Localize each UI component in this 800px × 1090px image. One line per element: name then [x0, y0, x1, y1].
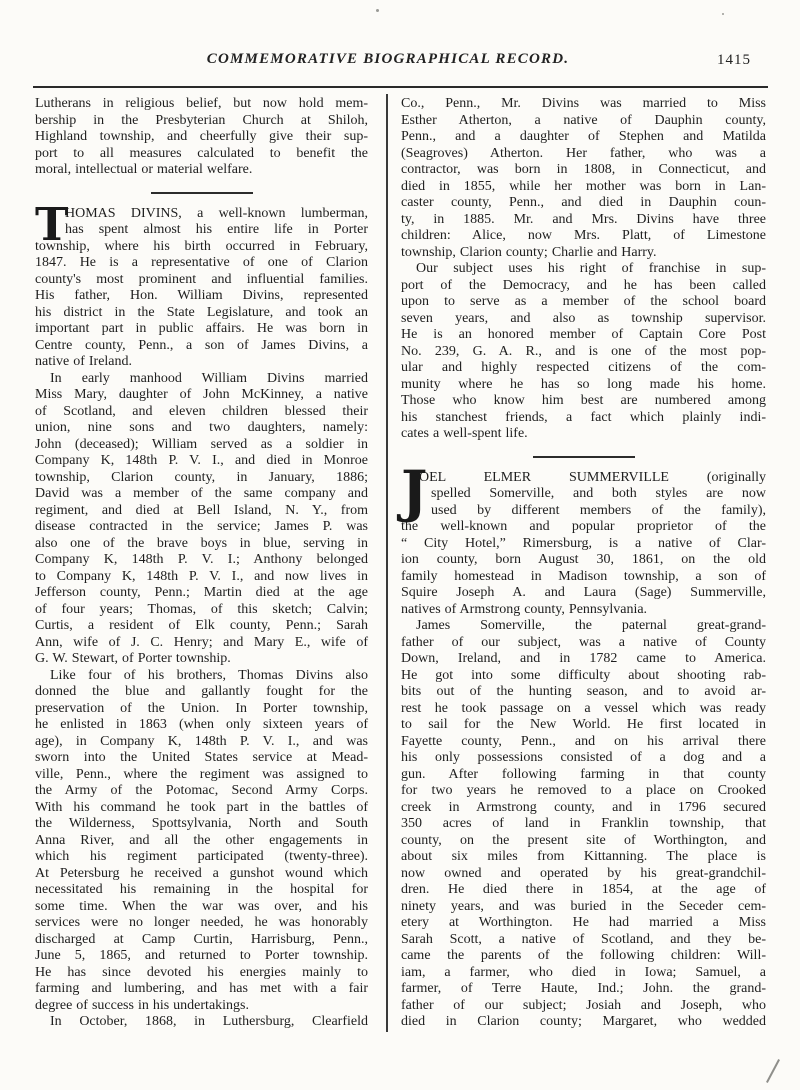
- text-line: ville, Penn., where the regiment was ass…: [35, 767, 368, 784]
- text-line: county's most prominent and influential …: [35, 272, 368, 289]
- text-line: father of our subject, was a native of C…: [401, 635, 766, 652]
- paragraph: Co., Penn., Mr. Divins was married to Mi…: [401, 96, 766, 261]
- text-line: seven years, and also as township superv…: [401, 311, 766, 328]
- text-line: Centre county, Penn., a son of James Div…: [35, 338, 368, 355]
- text-line: the Army of the Potomac, Second Army Cor…: [35, 783, 368, 800]
- paragraph: In October, 1868, in Luthersburg, Clearf…: [35, 1014, 368, 1031]
- text-line: has spent almost his entire life in Port…: [35, 222, 368, 239]
- text-line: HOMAS DIVINS, a well-known lumberman,: [35, 206, 368, 223]
- section-divider: [151, 192, 253, 194]
- text-line: which his regiment participated (twenty-…: [35, 849, 368, 866]
- text-line: preservation of the Union. In Porter tow…: [35, 701, 368, 718]
- text-line: (Seagroves) Atherton. Her father, who wa…: [401, 146, 766, 163]
- text-line: caster county, Penn., and died in Dauphi…: [401, 195, 766, 212]
- text-line: Jefferson county, Penn.; Martin died at …: [35, 585, 368, 602]
- text-line: bits out of the hunting season, and to a…: [401, 684, 766, 701]
- section-divider: [533, 456, 635, 458]
- paragraph: JOEL ELMER SUMMERVILLE (originallyspelle…: [401, 470, 766, 619]
- text-line: township, Clarion county; Charlie and Ha…: [401, 245, 766, 262]
- text-line: Our subject uses his right of franchise …: [401, 261, 766, 278]
- text-line: creek in Armstrong county, and in 1796 s…: [401, 800, 766, 817]
- text-line: Squire Joseph A. and Laura (Sage) Summer…: [401, 585, 766, 602]
- text-line: Fayette county, Penn., and on his arriva…: [401, 734, 766, 751]
- text-line: rest he took passage on a vessel which w…: [401, 701, 766, 718]
- scan-artifact: [376, 9, 379, 12]
- text-line: Esther Atherton, a native of Dauphin cou…: [401, 113, 766, 130]
- text-line: With his command he took part in the bat…: [35, 800, 368, 817]
- text-line: died in Clarion county; Margaret, who we…: [401, 1014, 766, 1031]
- text-line: for two years he removed to a place on C…: [401, 783, 766, 800]
- text-line: to Company K, 148th P. V. I., and now li…: [35, 569, 368, 586]
- text-line: ty, in 1885. Mr. and Mrs. Divins have th…: [401, 212, 766, 229]
- text-line: Miss Mary, daughter of John McKinney, a …: [35, 387, 368, 404]
- paragraph: Lutherans in religious belief, but now h…: [35, 96, 368, 179]
- text-line: he enlisted in 1863 (when only sixteen y…: [35, 717, 368, 734]
- page-number: 1415: [717, 52, 751, 69]
- scan-artifact: [722, 13, 724, 15]
- paragraph: In early manhood William Divins marriedM…: [35, 371, 368, 668]
- text-line: port to all measures calculated to benef…: [35, 146, 368, 163]
- text-line: father of our subject; Josiah and Joseph…: [401, 998, 766, 1015]
- dropcap-letter: J: [401, 471, 428, 513]
- text-line: came the parents of the following childr…: [401, 948, 766, 965]
- text-line: his only possessions consisted of a dog …: [401, 750, 766, 767]
- scan-artifact: [766, 1059, 780, 1083]
- text-line: county, on the present site of Worthingt…: [401, 833, 766, 850]
- text-line: G. W. Stewart, of Porter township.: [35, 651, 368, 668]
- text-line: contractor, was born in 1808, in Connect…: [401, 162, 766, 179]
- text-line: some time. When the war was over, and hi…: [35, 899, 368, 916]
- text-line: In early manhood William Divins married: [35, 371, 368, 388]
- paragraph: Our subject uses his right of franchise …: [401, 261, 766, 443]
- text-line: ion county, born August 30, 1861, on the…: [401, 552, 766, 569]
- text-line: iam, a farmer, who died in Iowa; Samuel,…: [401, 965, 766, 982]
- text-line: Down, Ireland, and in 1782 came to Ameri…: [401, 651, 766, 668]
- text-line: James Somerville, the paternal great-gra…: [401, 618, 766, 635]
- text-line: natives of Armstrong county, Pennsylvani…: [401, 602, 766, 619]
- text-line: to sail for the New World. He first loca…: [401, 717, 766, 734]
- text-line: degree of success in his undertakings.: [35, 998, 368, 1015]
- text-line: OEL ELMER SUMMERVILLE (originally: [401, 470, 766, 487]
- text-line: about six miles from Kittanning. The pla…: [401, 849, 766, 866]
- text-line: David was a member of the same company a…: [35, 486, 368, 503]
- left-column: Lutherans in religious belief, but now h…: [35, 96, 368, 1031]
- text-line: cates a well-spent life.: [401, 426, 766, 443]
- text-line: discharged at Camp Curtin, Harrisburg, P…: [35, 932, 368, 949]
- text-line: sworn into the United States service at …: [35, 750, 368, 767]
- text-line: Ann, wife of J. C. Henry; and Mary E., w…: [35, 635, 368, 652]
- text-line: 1847. He is a representative of one of C…: [35, 255, 368, 272]
- text-line: Lutherans in religious belief, but now h…: [35, 96, 368, 113]
- text-line: necessitated his remaining in the hospit…: [35, 882, 368, 899]
- header-rule: [33, 86, 768, 88]
- text-line: Sarah Scott, a native of Scotland, and t…: [401, 932, 766, 949]
- text-line: now owned and operated by his great-gran…: [401, 866, 766, 883]
- text-line: He got into some difficulty about shooti…: [401, 668, 766, 685]
- text-line: donned the blue and gallantly fought for…: [35, 684, 368, 701]
- text-line: of Scotland, and eleven children blessed…: [35, 404, 368, 421]
- text-line: union, nine sons and two daughters, name…: [35, 420, 368, 437]
- text-line: ninety years, and was buried in the Sece…: [401, 899, 766, 916]
- text-line: farmer, of Terre Haute, Ind.; John. the …: [401, 981, 766, 998]
- text-line: disease contracted in the service; James…: [35, 519, 368, 536]
- text-line: Company K, 148th P. V. I.; Anthony belon…: [35, 552, 368, 569]
- text-line: June 5, 1865, and returned to Porter tow…: [35, 948, 368, 965]
- running-header-title: COMMEMORATIVE BIOGRAPHICAL RECORD.: [30, 51, 746, 68]
- text-line: family homestead in Madison township, a …: [401, 569, 766, 586]
- text-line: regiment, and died at Bell Island, N. Y.…: [35, 503, 368, 520]
- text-line: At Petersburg he received a gunshot woun…: [35, 866, 368, 883]
- text-line: ular and highly respected citizens of th…: [401, 360, 766, 377]
- text-line: etery at Worthington. He had married a M…: [401, 915, 766, 932]
- text-line: services were no longer needed, he was h…: [35, 915, 368, 932]
- column-divider-rule: [386, 94, 388, 1032]
- paragraph: THOMAS DIVINS, a well-known lumberman,ha…: [35, 206, 368, 371]
- text-line: Curtis, a resident of Elk county, Penn.;…: [35, 618, 368, 635]
- text-line: also one of the brave boys in blue, serv…: [35, 536, 368, 553]
- text-line: of four years; Thomas, of this sketch; C…: [35, 602, 368, 619]
- text-line: age), in Company K, 148th P. V. I., and …: [35, 734, 368, 751]
- text-line: children: Alice, now Mrs. Platt, of Lime…: [401, 228, 766, 245]
- text-line: dren. He died there in 1854, at the age …: [401, 882, 766, 899]
- text-line: His father, Hon. William Divins, represe…: [35, 288, 368, 305]
- text-line: Those who know him best are numbered amo…: [401, 393, 766, 410]
- text-line: native of Ireland.: [35, 354, 368, 371]
- paragraph: Like four of his brothers, Thomas Divins…: [35, 668, 368, 1015]
- text-line: No. 239, G. A. R., and is one of the mos…: [401, 344, 766, 361]
- text-line: He is an honored member of Captain Core …: [401, 327, 766, 344]
- text-line: died in 1855, while her mother was born …: [401, 179, 766, 196]
- text-line: Company K, 148th P. V. I., and died in M…: [35, 453, 368, 470]
- paragraph: James Somerville, the paternal great-gra…: [401, 618, 766, 1031]
- text-line: township, where his birth occurred in Fe…: [35, 239, 368, 256]
- text-line: bership in the Presbyterian Church at Sh…: [35, 113, 368, 130]
- text-line: He has since devoted his energies mainly…: [35, 965, 368, 982]
- text-line: the Wilderness, Spottsylvania, North and…: [35, 816, 368, 833]
- text-line: Penn., and a daughter of Stephen and Mat…: [401, 129, 766, 146]
- text-line: port of the Democracy, and he has been c…: [401, 278, 766, 295]
- text-line: his stanchest friends, a fact which plai…: [401, 410, 766, 427]
- text-line: Highland township, and cheerfully give t…: [35, 129, 368, 146]
- text-line: important part in public affairs. He was…: [35, 321, 368, 338]
- text-line: his district in the State Legislature, a…: [35, 305, 368, 322]
- text-line: moral, intellectual or material welfare.: [35, 162, 368, 179]
- text-line: munity where he has so long made his hom…: [401, 377, 766, 394]
- book-page: COMMEMORATIVE BIOGRAPHICAL RECORD. 1415 …: [0, 0, 800, 1090]
- text-line: spelled Somerville, and both styles are …: [401, 486, 766, 503]
- text-line: Anna River, and all the other engagement…: [35, 833, 368, 850]
- text-line: Like four of his brothers, Thomas Divins…: [35, 668, 368, 685]
- text-line: gun. After following farming in that cou…: [401, 767, 766, 784]
- text-line: farming and lumbering, and has met with …: [35, 981, 368, 998]
- text-line: John (deceased); William served as a sol…: [35, 437, 368, 454]
- text-line: 350 acres of land in Franklin township, …: [401, 816, 766, 833]
- text-line: the well-known and popular proprietor of…: [401, 519, 766, 536]
- text-line: used by different members of the family)…: [401, 503, 766, 520]
- dropcap-letter: T: [35, 208, 69, 241]
- text-line: In October, 1868, in Luthersburg, Clearf…: [35, 1014, 368, 1031]
- right-column: Co., Penn., Mr. Divins was married to Mi…: [401, 96, 766, 1031]
- text-line: township, Clarion county, in January, 18…: [35, 470, 368, 487]
- text-line: Co., Penn., Mr. Divins was married to Mi…: [401, 96, 766, 113]
- text-line: upon to serve as a member of the school …: [401, 294, 766, 311]
- text-line: “ City Hotel,” Rimersburg, is a native o…: [401, 536, 766, 553]
